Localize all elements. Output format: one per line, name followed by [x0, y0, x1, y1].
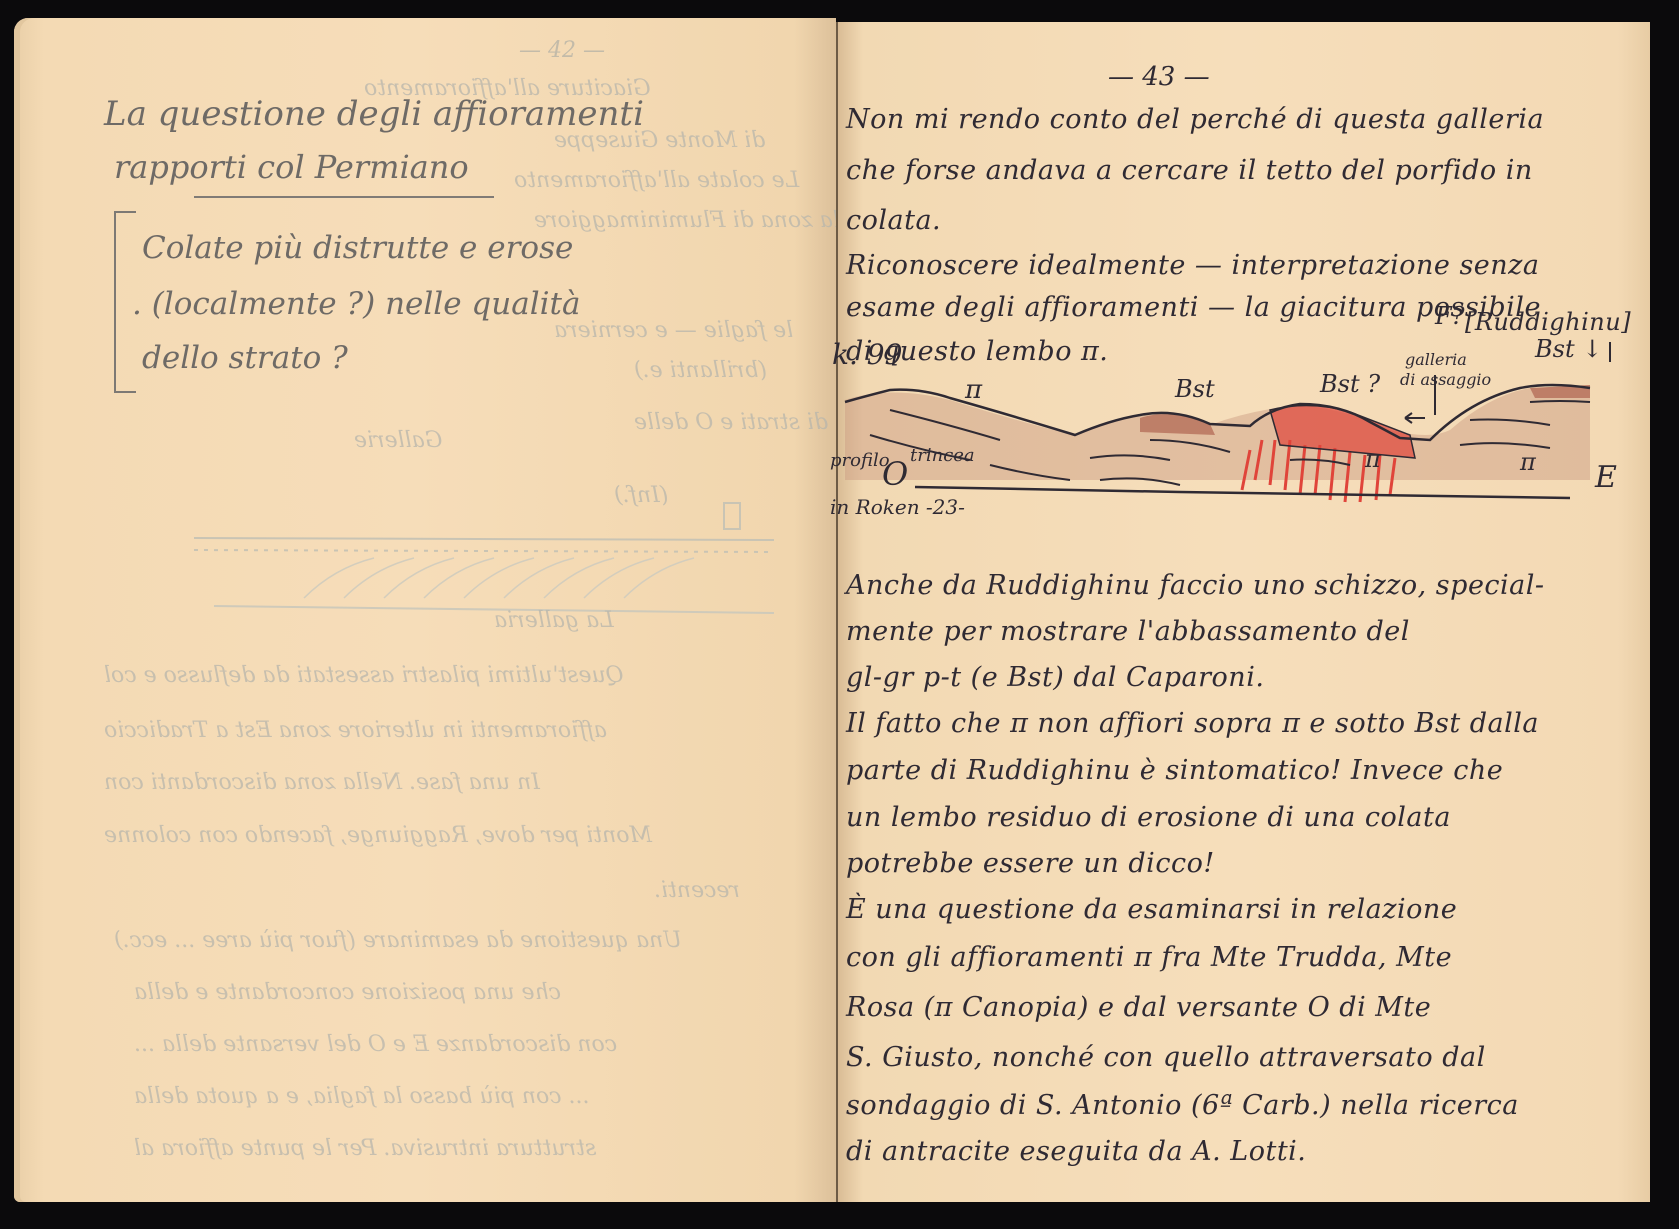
text-line: Il fatto che π non affiori sopra π e sot…	[846, 708, 1539, 739]
right-notebook-page: — 43 — Non mi rendo conto del perché di …	[836, 22, 1650, 1202]
bleed-through-line: che una posizione concordante e della	[134, 980, 561, 1005]
text-line: un lembo residuo di erosione di una cola…	[846, 802, 1451, 833]
heading-line-2: rapporti col Permiano	[114, 148, 469, 186]
bleed-through-line: le faglie — e cerniera	[554, 318, 793, 343]
bleed-through-line: struttura intrusiva. Per le punte affior…	[134, 1136, 596, 1161]
sketch-label-k99: k. 99	[832, 338, 902, 371]
sketch-label-bst-1: Bst	[1175, 375, 1215, 403]
text-line: che forse andava a cercare il tetto del …	[846, 155, 1533, 186]
bleed-through-line: Quest'ultimi pilastri assestati da deflu…	[104, 663, 624, 688]
text-line: potrebbe essere un dicco!	[846, 848, 1215, 879]
heading-line-1: La questione degli affioramenti	[104, 94, 644, 134]
sketch-label-f-question: F?	[1435, 302, 1465, 330]
sketch-label-trench: trincea	[910, 445, 975, 466]
bleed-through-line: (brillanti e.)	[634, 358, 767, 383]
left-page-number: — 42 —	[519, 38, 605, 63]
bleed-through-line: Monti per dove, Raggiunge, facendo con c…	[104, 823, 652, 848]
text-line: S. Giusto, nonché con quello attraversat…	[846, 1042, 1486, 1073]
sketch-label-di-assaggio: di assaggio	[1400, 370, 1491, 389]
sketch-label-profile: profilo	[830, 450, 890, 471]
text-line: colata.	[846, 205, 941, 236]
sketch-label-bst-right: Bst ↓	[1535, 335, 1602, 363]
left-notebook-page: — 42 — Giaciture all'affioramento di Mon…	[14, 18, 836, 1202]
bleed-through-line: affioramenti in ulteriore zona Est a Tra…	[104, 718, 607, 743]
sketch-label-bst-2: Bst ?	[1320, 370, 1380, 398]
sketch-label-east: E	[1595, 460, 1617, 495]
bleed-through-line: con discordanze E e O del versante della…	[134, 1032, 617, 1057]
heading-underline	[194, 196, 494, 198]
text-line: parte di Ruddighinu è sintomatico! Invec…	[846, 755, 1503, 786]
sketch-label-pi-mid: π	[1365, 445, 1381, 473]
bleed-through-line: La galleria	[494, 608, 614, 633]
bleed-through-line: Una questione da esaminare (fuor più are…	[114, 928, 682, 953]
boxed-note-line-2: . (localmente ?) nelle qualità	[132, 286, 580, 322]
text-line: di antracite eseguita da A. Lotti.	[846, 1136, 1306, 1167]
right-page-number: — 43 —	[1108, 62, 1210, 92]
bleed-through-line: Le colate all'affioramento	[514, 168, 799, 193]
text-line: Anche da Ruddighinu faccio uno schizzo, …	[846, 570, 1545, 601]
sketch-label-pi-right: π	[1520, 448, 1536, 476]
text-line: mente per mostrare l'abbassamento del	[846, 616, 1410, 647]
sketch-label-galleria: galleria	[1405, 350, 1467, 369]
bleed-through-line: di strati e O delle	[634, 410, 828, 435]
bleed-through-line: recenti.	[654, 878, 740, 903]
bleed-through-line: ... con più basso la faglia, e a quota d…	[134, 1084, 590, 1109]
sketch-label-pi-left: π	[965, 375, 982, 405]
text-line: Non mi rendo conto del perché di questa …	[846, 104, 1544, 135]
text-line: con gli affioramenti π fra Mte Trudda, M…	[846, 942, 1452, 973]
boxed-note-line-3: dello strato ?	[142, 340, 348, 376]
geological-cross-section-sketch: k. 99 π Bst Bst ? galleria di assaggio F…	[830, 340, 1630, 540]
text-line: sondaggio di S. Antonio (6ª Carb.) nella…	[846, 1090, 1519, 1121]
bleed-through-line: nella zona di Fluminimaggiore	[534, 208, 874, 233]
text-line: Rosa (π Canopia) e dal versante O di Mte	[846, 992, 1431, 1023]
text-line: È una questione da esaminarsi in relazio…	[846, 894, 1457, 925]
sketch-caption: in Roken -23-	[830, 495, 965, 519]
boxed-note-line-1: Colate più distrutte e erose	[142, 230, 573, 266]
bleed-through-line: Gallerie	[354, 428, 442, 453]
text-line: gl-gr p-t (e Bst) dal Caparoni.	[846, 662, 1264, 693]
bleed-through-line: In una fase. Nella zona discordanti con	[104, 770, 540, 795]
location-bracket-label: [Ruddighinu]	[1465, 308, 1631, 336]
text-line: Riconoscere idealmente — interpretazione…	[846, 250, 1540, 281]
